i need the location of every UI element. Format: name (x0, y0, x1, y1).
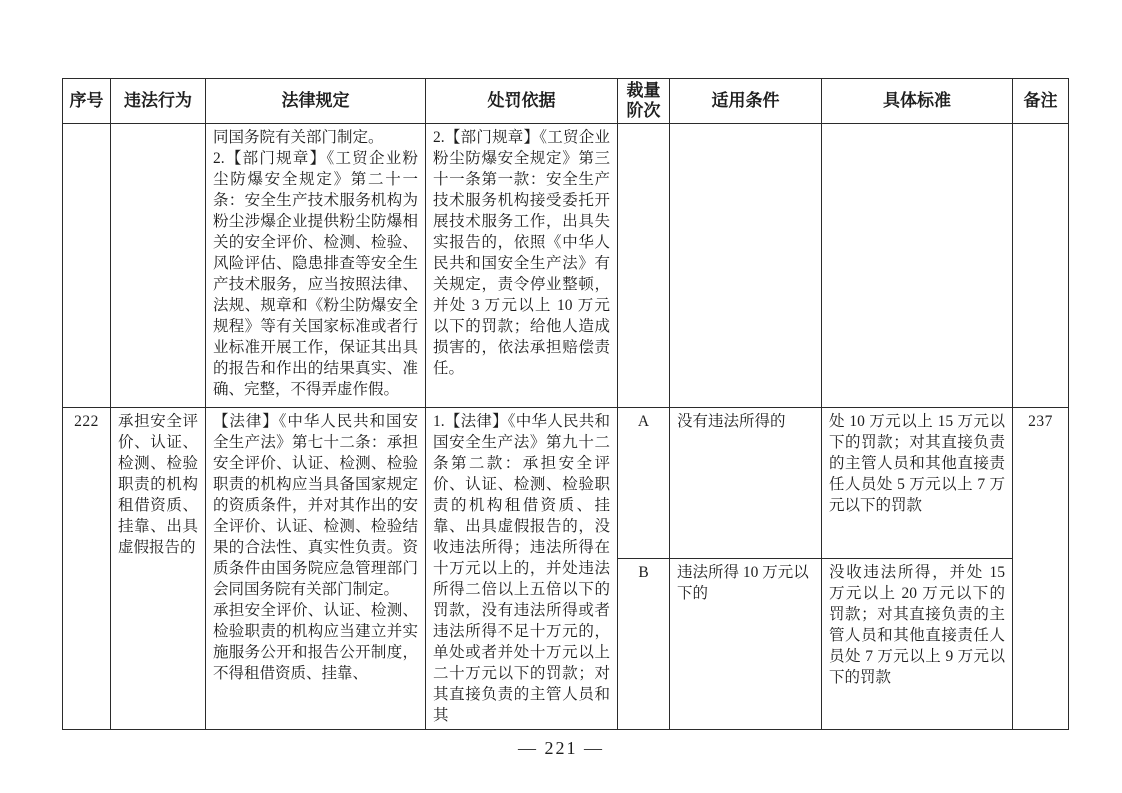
cell-remark-222: 237 (1013, 408, 1069, 730)
cell-tier-a-level: A (618, 408, 670, 559)
col-header-illegal-act: 违法行为 (111, 79, 206, 124)
cell-tier-b-condition: 违法所得 10 万元以下的 (670, 558, 822, 729)
cell-illegal-act-222: 承担安全评价、认证、检测、检验职责的机构租借资质、挂靠、出具虚假报告的 (111, 408, 206, 730)
page-number: — 221 — (0, 738, 1122, 759)
cell-applicable-condition-empty (670, 124, 822, 408)
col-header-serial: 序号 (63, 79, 111, 124)
header-row: 序号 违法行为 法律规定 处罚依据 裁量 阶次 适用条件 具体标准 备注 (63, 79, 1069, 124)
col-header-applicable-condition: 适用条件 (670, 79, 822, 124)
cell-serial-222: 222 (63, 408, 111, 730)
col-header-specific-standard: 具体标准 (822, 79, 1013, 124)
row-222-tier-a: 222 承担安全评价、认证、检测、检验职责的机构租借资质、挂靠、出具虚假报告的 … (63, 408, 1069, 559)
cell-serial-empty (63, 124, 111, 408)
col-header-penalty-basis: 处罚依据 (426, 79, 618, 124)
continuation-row: 同国务院有关部门制定。 2.【部门规章】《工贸企业粉尘防爆安全规定》第二十一条：… (63, 124, 1069, 408)
cell-remark-empty (1013, 124, 1069, 408)
document-page: 序号 违法行为 法律规定 处罚依据 裁量 阶次 适用条件 具体标准 备注 同国务… (0, 0, 1122, 793)
col-header-discretion-tier: 裁量 阶次 (618, 79, 670, 124)
cell-discretion-tier-empty (618, 124, 670, 408)
cell-penalty-basis-continued: 2.【部门规章】《工贸企业粉尘防爆安全规定》第三十一条第一款：安全生产技术服务机… (426, 124, 618, 408)
cell-illegal-act-empty (111, 124, 206, 408)
penalty-standards-table: 序号 违法行为 法律规定 处罚依据 裁量 阶次 适用条件 具体标准 备注 同国务… (62, 78, 1069, 730)
cell-penalty-basis-222: 1.【法律】《中华人民共和国安全生产法》第九十二条第二款：承担安全评价、认证、检… (426, 408, 618, 730)
cell-legal-provision-222: 【法律】《中华人民共和国安全生产法》第七十二条：承担安全评价、认证、检测、检验职… (206, 408, 426, 730)
cell-tier-b-standard: 没收违法所得，并处 15 万元以上 20 万元以下的罚款；对其直接负责的主管人员… (822, 558, 1013, 729)
cell-legal-provision-continued: 同国务院有关部门制定。 2.【部门规章】《工贸企业粉尘防爆安全规定》第二十一条：… (206, 124, 426, 408)
col-header-remark: 备注 (1013, 79, 1069, 124)
cell-tier-b-level: B (618, 558, 670, 729)
cell-tier-a-condition: 没有违法所得的 (670, 408, 822, 559)
col-header-legal-provision: 法律规定 (206, 79, 426, 124)
cell-specific-standard-empty (822, 124, 1013, 408)
cell-tier-a-standard: 处 10 万元以上 15 万元以下的罚款；对其直接负责的主管人员和其他直接责任人… (822, 408, 1013, 559)
